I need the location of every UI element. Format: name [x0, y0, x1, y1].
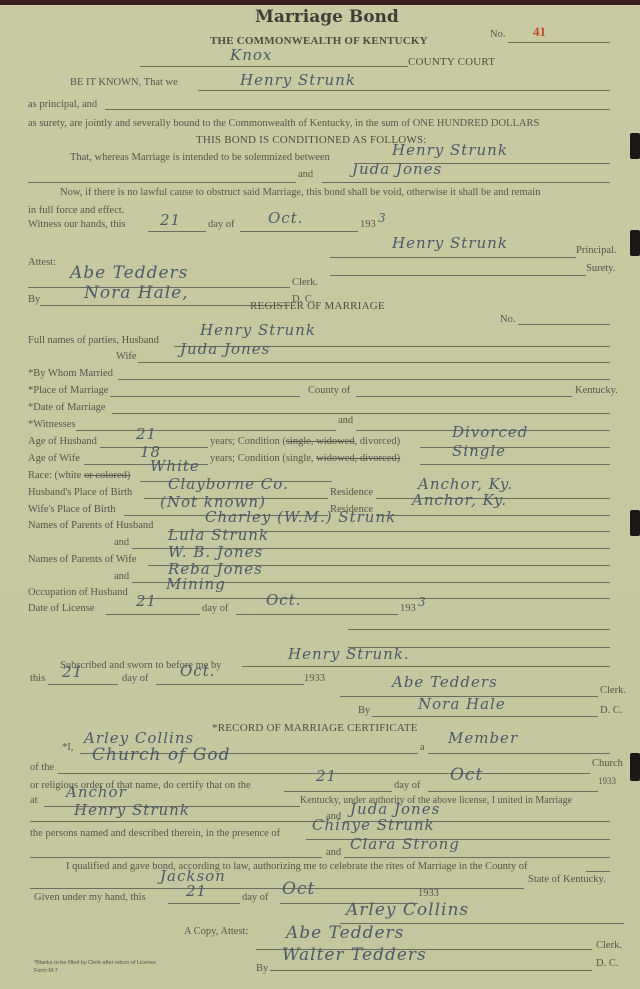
place-of-marriage-label: *Place of Marriage [28, 385, 108, 396]
of-the-label: of the [30, 762, 54, 773]
year-prefix: 193 [360, 219, 376, 230]
day-of-label: day of [208, 219, 235, 230]
given-month: Oct [282, 879, 315, 899]
father-of-wife: W. B. Jones [168, 543, 263, 561]
witnesses-and-label: and [326, 847, 341, 858]
race-value: White [150, 457, 200, 475]
husband-birthplace-label: Husband's Place of Birth [28, 487, 132, 498]
index-tab [630, 753, 640, 781]
principal-label: Principal. [576, 245, 617, 256]
certificate-heading: *RECORD OF MARRIAGE CERTIFICATE [212, 722, 418, 734]
ceremony-day: 21 [316, 767, 337, 785]
principal-signature: Henry Strunk [392, 234, 508, 252]
wife-residence: Anchor, Ky. [412, 491, 507, 509]
groom-name: Henry Strunk [74, 801, 190, 819]
ceremony-witness-1: Chinye Strunk [312, 816, 435, 834]
witness-year-digit: 3 [378, 211, 387, 225]
ceremony-month: Oct [450, 765, 483, 785]
surety-text: as surety, are jointly and severally bou… [28, 118, 539, 129]
parents-wife-and-label: and [114, 571, 129, 582]
ceremony-place: Anchor [66, 783, 127, 801]
license-year-prefix: 193 [400, 603, 416, 614]
bond-clerk-label: Clerk. [292, 277, 318, 288]
occupation-label: Occupation of Husband [28, 587, 128, 598]
whereas-text: That, whereas Marriage is intended to be… [70, 152, 330, 163]
officiant-i-label: *I, [62, 742, 73, 753]
kentucky-label: Kentucky. [575, 385, 618, 396]
sworn-year: 1933 [304, 673, 325, 684]
sworn-day: 21 [62, 663, 83, 681]
license-day: 21 [136, 592, 157, 610]
at-label: at [30, 795, 38, 806]
church-name: Church of God [92, 745, 231, 765]
license-date-label: Date of License [28, 603, 94, 614]
given-year: 1933 [418, 888, 439, 899]
sworn-this-label: this [30, 673, 45, 684]
by-whom-married-label: *By Whom Married [28, 368, 113, 379]
certificate-by-label: By [256, 963, 268, 974]
persons-named-text: the persons named and described therein,… [30, 828, 280, 839]
register-clerk-signature: Abe Tedders [392, 673, 498, 691]
ceremony-witness-2: Clara Strong [350, 835, 460, 853]
given-day-of-label: day of [242, 892, 269, 903]
surety-label: Surety. [586, 263, 615, 274]
husband-condition: Divorced [452, 423, 528, 441]
given-under-hand-label: Given under my hand, this [34, 892, 146, 903]
subscribed-by: Henry Strunk. [288, 645, 410, 663]
date-of-marriage-label: *Date of Marriage [28, 402, 106, 413]
husband-name: Henry Strunk [200, 321, 316, 339]
wife-name-label: Wife [116, 351, 137, 362]
mother-of-husband: Lula Strunk [168, 526, 269, 544]
copy-attest-label: A Copy, Attest: [184, 926, 248, 937]
lawful-cause-text: Now, if there is no lawful cause to obst… [60, 187, 540, 198]
given-day: 21 [186, 882, 207, 900]
ceremony-day-of-label: day of [394, 780, 421, 791]
parents-husband-and-label: and [114, 537, 129, 548]
sworn-month: Oct. [180, 662, 216, 680]
county-of-label: County of [308, 385, 350, 396]
witnesses-and-label: and [338, 415, 353, 426]
bond-number-label: No. [490, 29, 505, 40]
husband-condition-options: years; Condition (single, widowed, divor… [210, 436, 400, 447]
state-of-kentucky-label: State of Kentucky. [528, 874, 606, 885]
witness-month: Oct. [268, 209, 304, 227]
county-value: Knox [230, 46, 272, 64]
index-tab [630, 230, 640, 256]
witness-day: 21 [160, 211, 181, 229]
as-principal-label: as principal, and [28, 99, 97, 110]
sworn-day-of-label: day of [122, 673, 149, 684]
bond-clerk-signature: Abe Tedders [70, 263, 188, 283]
bond-dc-signature: Nora Hale, [84, 283, 189, 303]
certificate-clerk-label: Clerk. [596, 940, 622, 951]
register-by-label: By [358, 705, 370, 716]
ceremony-year: 1933 [598, 776, 616, 786]
witness-hands-label: Witness our hands, this [28, 219, 126, 230]
index-tab [630, 510, 640, 536]
witnesses-label: *Witnesses [28, 419, 75, 430]
attest-label: Attest: [28, 257, 56, 268]
be-it-known-label: BE IT KNOWN, That we [70, 77, 178, 88]
father-of-husband: Charley (W.M.) Strunk [205, 508, 396, 526]
age-husband-label: Age of Husband [28, 436, 97, 447]
age-husband: 21 [136, 425, 157, 443]
occupation-value: Mining [166, 575, 226, 593]
certificate-dc-signature: Walter Tedders [282, 945, 427, 965]
wife-condition: Single [452, 442, 506, 460]
party2-name: Juda Jones [352, 160, 442, 178]
bond-by-label: By [28, 294, 40, 305]
register-number-label: No. [500, 314, 515, 325]
register-dc-signature: Nora Hale [418, 695, 506, 713]
footer-note: *Blanks to be filled by Clerk after retu… [34, 960, 156, 966]
license-month: Oct. [266, 591, 302, 609]
husband-residence-label: Residence [330, 487, 373, 498]
parents-husband-label: Names of Parents of Husband [28, 520, 153, 531]
officiant-signature: Arley Collins [346, 900, 469, 920]
wife-name: Juda Jones [180, 340, 270, 358]
husband-name-label: Full names of parties, Husband [28, 335, 159, 346]
age-wife-label: Age of Wife [28, 453, 80, 464]
index-tab [630, 133, 640, 159]
full-force-text: in full force and effect. [28, 205, 124, 216]
register-heading: REGISTER OF MARRIAGE [250, 300, 385, 312]
religious-order-text: or religious order of that name, do cert… [30, 780, 251, 791]
husband-birthplace: Clayborne Co. [168, 475, 289, 493]
parents-wife-label: Names of Parents of Wife [28, 554, 136, 565]
license-day-of-label: day of [202, 603, 229, 614]
license-year-digit: 3 [418, 595, 427, 609]
qualified-bond-text: I qualified and gave bond, according to … [66, 861, 527, 872]
party1-name: Henry Strunk [392, 141, 508, 159]
document-title: Marriage Bond [255, 7, 399, 27]
form-number: Form M-7 [34, 968, 58, 974]
certificate-clerk-signature: Abe Tedders [286, 923, 404, 943]
wife-birthplace-label: Wife's Place of Birth [28, 504, 116, 515]
register-clerk-label: Clerk. [600, 685, 626, 696]
a-label: a [420, 742, 425, 753]
wife-condition-options: years; Condition (single, widowed, divor… [210, 453, 400, 464]
principal-name: Henry Strunk [240, 71, 356, 89]
register-dc-label: D. C. [600, 705, 622, 716]
and-label: and [298, 169, 313, 180]
church-label: Church [592, 758, 623, 769]
marriage-bond-document: Marriage Bond THE COMMONWEALTH OF KENTUC… [0, 5, 640, 989]
certificate-dc-label: D. C. [596, 958, 618, 969]
bond-number: 41 [533, 24, 546, 40]
officiant-role: Member [448, 729, 518, 747]
county-court-label: COUNTY COURT [408, 56, 495, 68]
race-label: Race: (white or colored) [28, 470, 130, 481]
